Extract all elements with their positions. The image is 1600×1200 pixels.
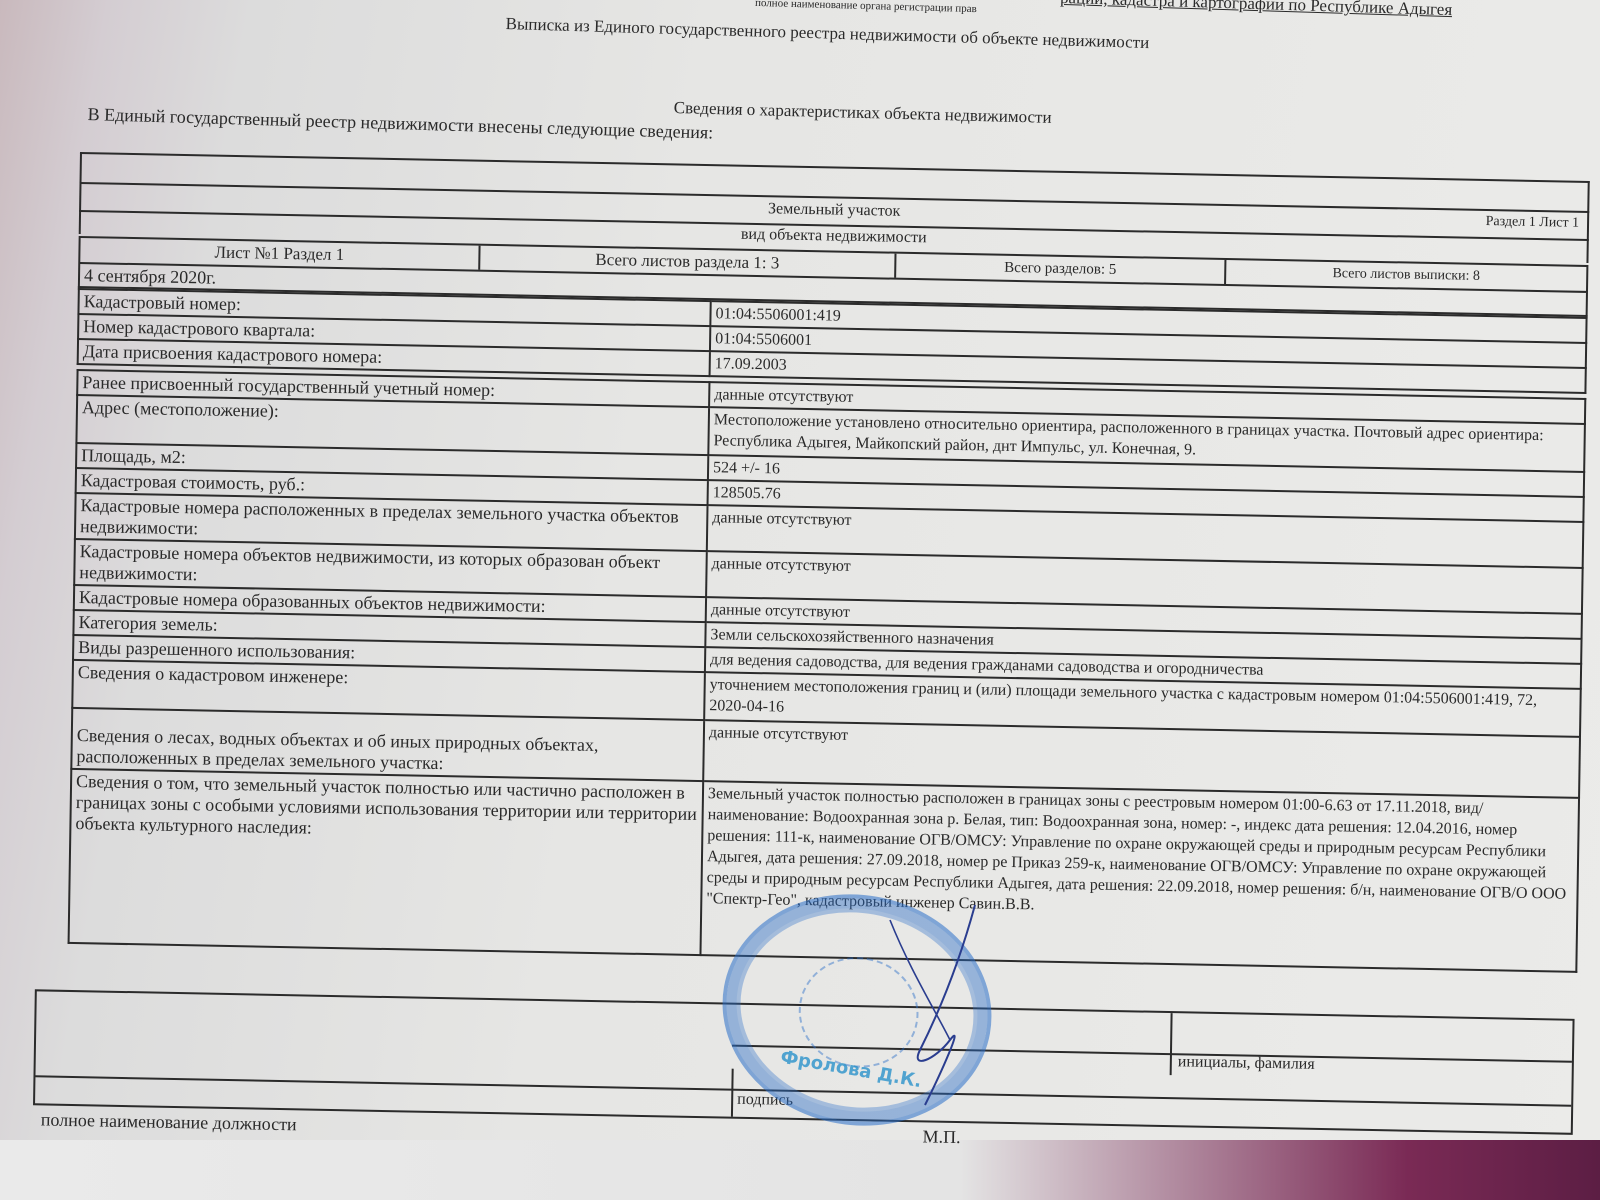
signature-block: инициалы, фамилия подпись полное наимено…: [33, 989, 1575, 1135]
divider: [35, 1075, 1571, 1106]
total-sections: Всего разделов: 5: [896, 254, 1226, 284]
document-page: рации, кадастра и картографии по Республ…: [0, 0, 1600, 1150]
divider: [1170, 1013, 1173, 1075]
intro-text: В Единый государственный реестр недвижим…: [87, 104, 713, 144]
seal-label: М.П.: [922, 1126, 960, 1148]
initials-label: инициалы, фамилия: [1178, 1053, 1315, 1074]
registration-authority-caption: полное наименование органа регистрации п…: [755, 0, 977, 15]
document-title: Выписка из Единого государственного реес…: [505, 14, 1149, 53]
registration-authority-name: рации, кадастра и картографии по Республ…: [1060, 0, 1453, 20]
signature-label: подпись: [737, 1091, 793, 1110]
position-label: полное наименование должности: [41, 1109, 297, 1135]
divider: [731, 1069, 734, 1117]
register-sheet: Земельный участок Раздел 1 Лист 1 вид об…: [68, 152, 1590, 973]
section-sheet-ref: Раздел 1 Лист 1: [1486, 214, 1580, 232]
divider: [732, 1045, 1572, 1063]
row-label: Сведения о том, что земельный участок по…: [69, 769, 704, 955]
details-table: Ранее присвоенный государственный учетны…: [68, 369, 1587, 973]
table-row: Сведения о том, что земельный участок по…: [69, 769, 1579, 972]
special-zone-value: Земельный участок полностью расположен в…: [700, 781, 1579, 972]
section-title: Сведения о характеристиках объекта недви…: [673, 98, 1051, 128]
